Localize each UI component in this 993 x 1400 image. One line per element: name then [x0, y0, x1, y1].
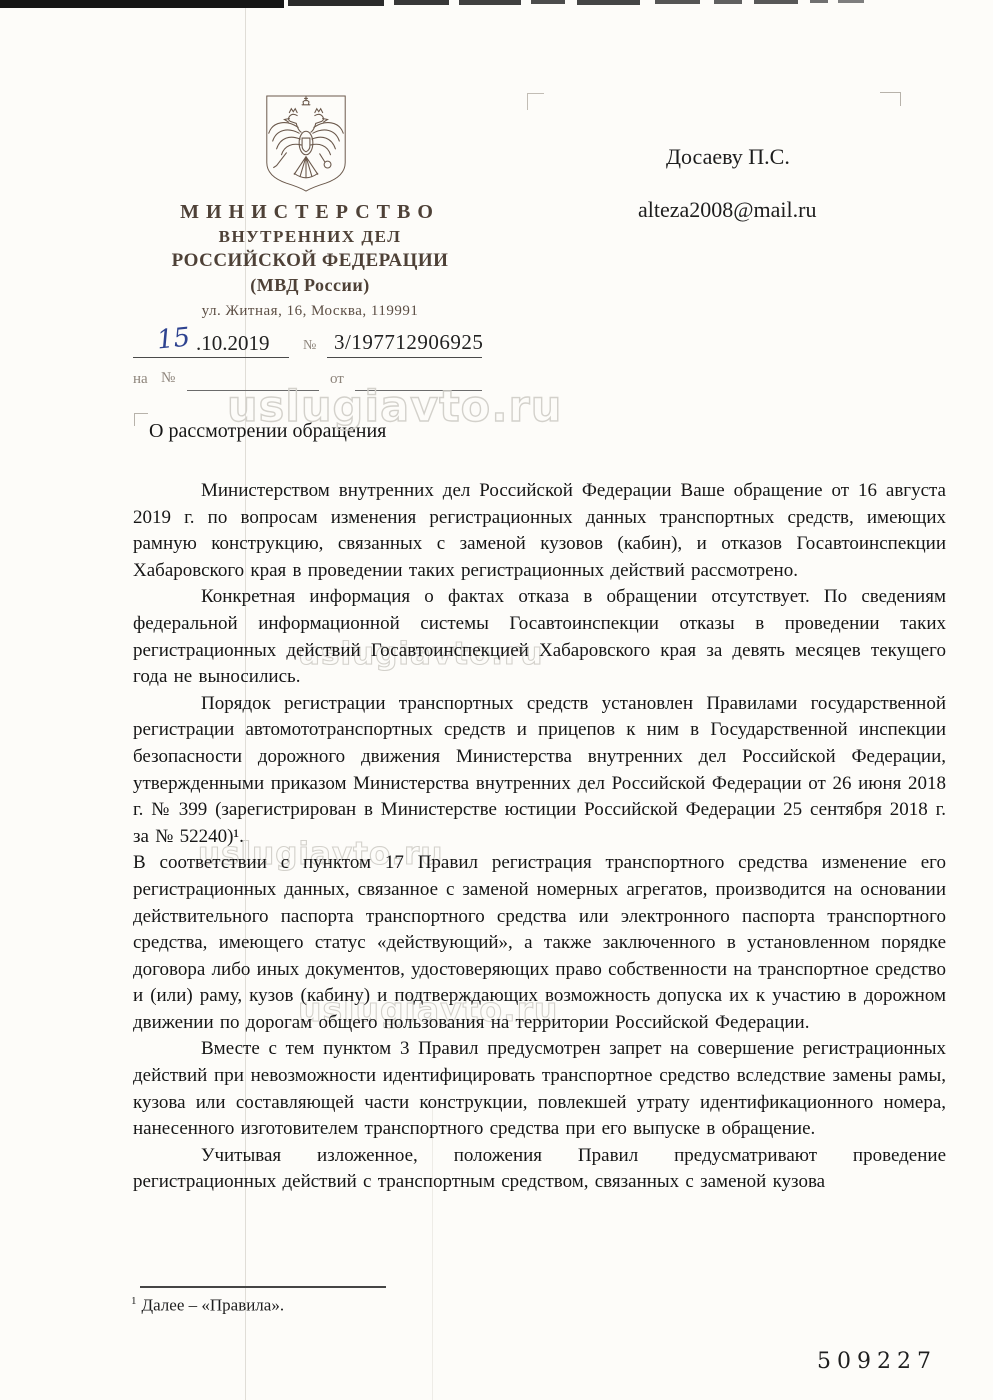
corner-mark-top-right: [880, 92, 901, 106]
printed-date: .10.2019: [196, 331, 270, 356]
number-sign-label: №: [303, 338, 316, 354]
org-line-3: РОССИЙСКОЙ ФЕДЕРАЦИИ: [140, 250, 480, 272]
paragraph-4: В соответствии с пунктом 17 Правил регис…: [133, 850, 946, 1036]
recipient-name: Досаеву П.С.: [666, 144, 790, 170]
reply-to-label-na: на: [133, 371, 148, 388]
org-line-2: ВНУТРЕННИХ ДЕЛ: [140, 227, 480, 247]
scan-edge-solid: [0, 0, 284, 8]
scan-edge-artifact: [0, 0, 993, 9]
scanned-letter-page: МИНИСТЕРСТВО ВНУТРЕННИХ ДЕЛ РОССИЙСКОЙ Ф…: [0, 0, 993, 1400]
scan-page-number: 509227: [817, 1349, 937, 1374]
outgoing-number: 3/197712906925: [334, 330, 483, 355]
reply-to-label-no: №: [161, 370, 175, 387]
paragraph-3: Порядок регистрации транспортных средств…: [133, 691, 946, 851]
coat-of-arms-icon: [257, 92, 355, 194]
recipient-email: alteza2008@mail.ru: [638, 197, 816, 223]
paragraph-1: Министерством внутренних дел Российской …: [133, 478, 946, 584]
handwritten-date-day: 15: [156, 322, 192, 355]
footnote-marker: 1: [131, 1295, 137, 1307]
corner-mark-left: [134, 413, 148, 426]
org-line-4: (МВД России): [140, 275, 480, 296]
paragraph-2: Конкретная информация о фактах отказа в …: [133, 584, 946, 690]
footnote: 1Далее – «Правила».: [131, 1295, 284, 1316]
corner-mark-top-center: [527, 93, 544, 110]
footnote-text: Далее – «Правила».: [142, 1296, 285, 1315]
footnote-divider: [140, 1286, 386, 1288]
letterhead-org-name: МИНИСТЕРСТВО ВНУТРЕННИХ ДЕЛ РОССИЙСКОЙ Ф…: [140, 201, 480, 296]
number-underline: [327, 357, 482, 358]
org-line-1: МИНИСТЕРСТВО: [140, 201, 480, 224]
letter-body: Министерством внутренних дел Российской …: [133, 478, 946, 1196]
paragraph-5: Вместе с тем пунктом 3 Правил предусмотр…: [133, 1036, 946, 1142]
paragraph-6: Учитывая изложенное, положения Правил пр…: [133, 1143, 946, 1196]
date-underline: [133, 357, 289, 358]
watermark: uslugiavto.ru: [227, 382, 562, 432]
org-address: ул. Житная, 16, Москва, 119991: [140, 303, 480, 320]
